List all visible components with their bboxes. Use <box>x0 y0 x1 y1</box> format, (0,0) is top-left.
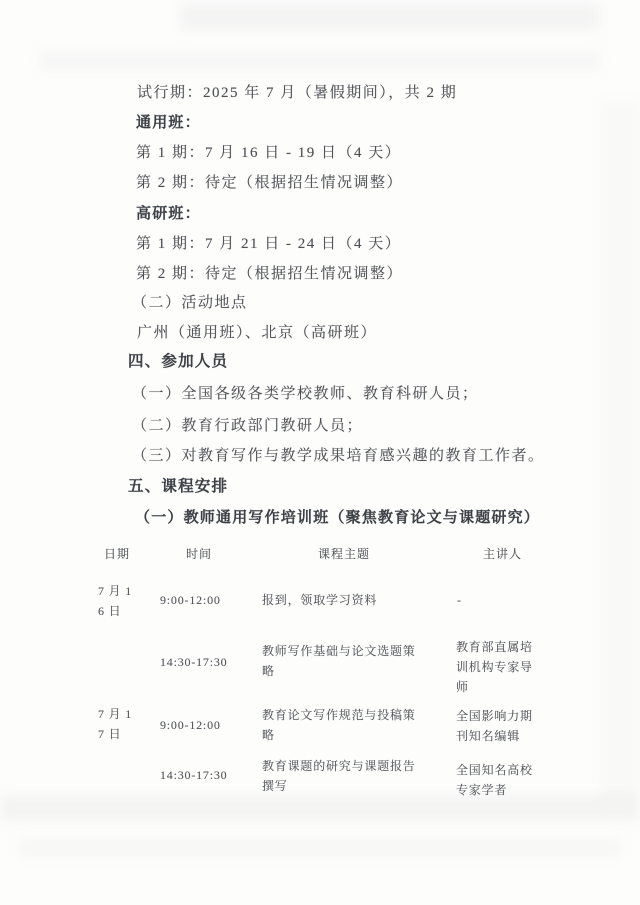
cell-time: 9:00-12:00 <box>160 715 221 735</box>
column-header-time: 时间 <box>186 546 212 562</box>
paragraph-general-session1: 第 1 期：7 月 16 日 - 19 日（4 天） <box>136 143 401 163</box>
paragraph-location-detail: 广州（通用班）、北京（高研班） <box>137 323 377 343</box>
cell-speaker: 全国知名高校专家学者 <box>456 760 538 800</box>
scan-artifact <box>600 100 640 800</box>
cell-topic: 报到，领取学习资料 <box>262 590 420 610</box>
scan-artifact <box>40 52 600 70</box>
column-header-date: 日期 <box>104 546 130 562</box>
scan-artifact <box>0 795 640 821</box>
cell-speaker: 教育部直属培训机构专家导师 <box>456 637 538 697</box>
column-header-speaker: 主讲人 <box>483 546 522 562</box>
cell-topic: 教育课题的研究与课题报告撰写 <box>262 756 420 796</box>
cell-time: 9:00-12:00 <box>160 590 221 610</box>
cell-speaker: 全国影响力期刊知名编辑 <box>456 706 538 746</box>
paragraph-participants-3: （三）对教育写作与教学成果培育感兴趣的教育工作者。 <box>132 446 545 466</box>
heading-location: （二）活动地点 <box>132 293 248 313</box>
paragraph-trial-period: 试行期：2025 年 7 月（暑假期间），共 2 期 <box>137 83 457 103</box>
cell-topic: 教师写作基础与论文选题策略 <box>262 641 420 681</box>
subheading-schedule-class: （一）教师通用写作培训班（聚焦教育论文与课题研究） <box>135 508 540 528</box>
cell-time: 14:30-17:30 <box>160 765 227 785</box>
scanned-document-page: 试行期：2025 年 7 月（暑假期间），共 2 期 通用班： 第 1 期：7 … <box>0 0 640 905</box>
paragraph-participants-2: （二）教育行政部门教研人员； <box>132 416 363 436</box>
heading-general-class: 通用班： <box>136 113 201 133</box>
cell-topic: 教育论文写作规范与投稿策略 <box>262 705 420 745</box>
cell-date: 7 月 17 日 <box>98 704 138 744</box>
paragraph-general-session2: 第 2 期：待定（根据招生情况调整） <box>136 173 403 193</box>
scan-artifact <box>20 838 620 858</box>
heading-participants: 四、参加人员 <box>128 352 228 372</box>
cell-time: 14:30-17:30 <box>160 652 227 672</box>
paragraph-advanced-session2: 第 2 期：待定（根据招生情况调整） <box>136 264 403 284</box>
paragraph-participants-1: （一）全国各级各类学校教师、教育科研人员； <box>132 384 479 404</box>
scan-artifact <box>180 4 600 30</box>
cell-date: 7 月 16 日 <box>98 581 138 621</box>
heading-advanced-class: 高研班： <box>136 204 201 224</box>
cell-speaker: - <box>457 590 539 610</box>
paragraph-advanced-session1: 第 1 期：7 月 21 日 - 24 日（4 天） <box>136 234 401 254</box>
column-header-topic: 课程主题 <box>318 546 370 562</box>
heading-schedule: 五、课程安排 <box>128 477 228 497</box>
